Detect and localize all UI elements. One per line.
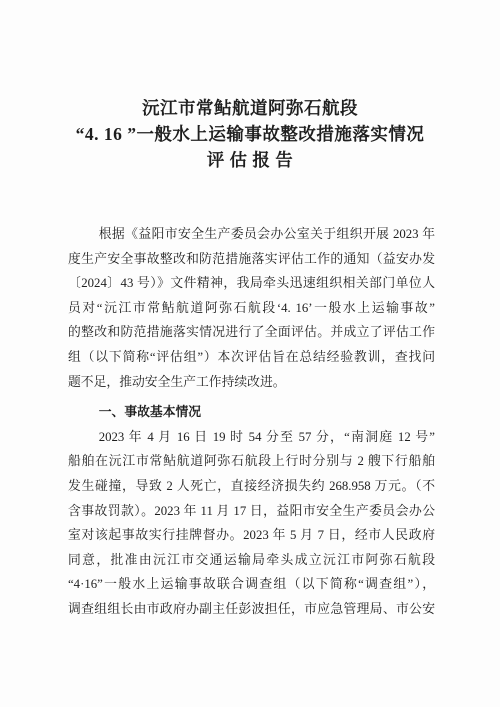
text-line: 同意，批准由沅江市交通运输局牵头成立沅江市阿弥石航段 (68, 548, 435, 573)
text-line: 的整改和防范措施落实情况进行了全面评估。并成立了评估工作 (68, 320, 435, 345)
text-line: 根据《益阳市安全生产委员会办公室关于组织开展 2023 年 (68, 222, 435, 247)
title-line-3: 评 估 报 告 (0, 147, 500, 173)
document-title: 沅江市常鲇航道阿弥石航段“4. 16 ”一般水上运输事故整改措施落实情况评 估 … (0, 0, 500, 173)
text-line: 含事故罚款）。2023 年 11 月 17 日，益阳市安全生产委员会办公 (68, 499, 435, 524)
text-line: 员对“沅江市常鲇航道阿弥石航段‘4. 16’一般水上运输事故” (68, 296, 435, 321)
paragraph: 根据《益阳市安全生产委员会办公室关于组织开展 2023 年度生产安全事故整改和防… (68, 222, 435, 394)
text-line: 度生产安全事故整改和防范措施落实评估工作的通知（益安办发 (68, 247, 435, 272)
text-line: 题不足，推动安全生产工作持续改进。 (68, 370, 435, 395)
text-line: 调查组组长由市政府办副主任彭波担任，市应急管理局、市公安 (68, 597, 435, 622)
document-page: 沅江市常鲇航道阿弥石航段“4. 16 ”一般水上运输事故整改措施落实情况评 估 … (0, 0, 500, 707)
section-heading: 一、事故基本情况 (68, 400, 435, 425)
text-line: 组（以下简称“评估组”）本次评估旨在总结经验教训，查找问 (68, 345, 435, 370)
title-line-2: “4. 16 ”一般水上运输事故整改措施落实情况 (0, 121, 500, 147)
text-line: 船舶在沅江市常鲇航道阿弥石航段上行时分别与 2 艘下行船舶 (68, 449, 435, 474)
text-line: 室对该起事故实行挂牌督办。2023 年 5 月 7 日，经市人民政府 (68, 523, 435, 548)
paragraph: 2023 年 4 月 16 日 19 时 54 分至 57 分，“南洞庭 12 … (68, 425, 435, 622)
text-line: “4·16”一般水上运输事故联合调查组（以下简称“调查组”）， (68, 572, 435, 597)
text-line: 发生碰撞，导致 2 人死亡，直接经济损失约 268.958 万元。（不 (68, 474, 435, 499)
text-line: 2023 年 4 月 16 日 19 时 54 分至 57 分，“南洞庭 12 … (68, 425, 435, 450)
title-line-1: 沅江市常鲇航道阿弥石航段 (0, 95, 500, 121)
text-line: 〔2024〕43 号）》文件精神，我局牵头迅速组织相关部门单位人 (68, 271, 435, 296)
document-body: 根据《益阳市安全生产委员会办公室关于组织开展 2023 年度生产安全事故整改和防… (68, 222, 435, 622)
